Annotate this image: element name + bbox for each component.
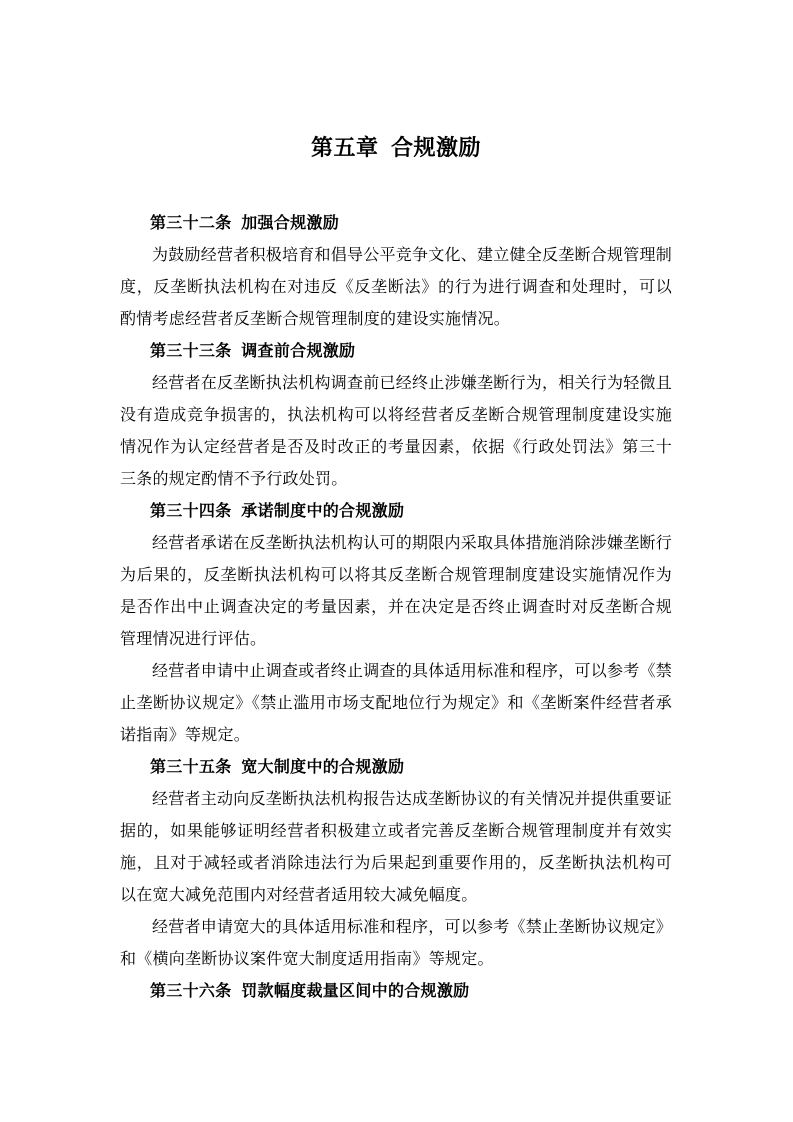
- article-33: 第三十三条 调查前合规激励 经营者在反垄断执法机构调查前已经终止涉嫌垄断行为，相…: [120, 336, 672, 496]
- article-35: 第三十五条 宽大制度中的合规激励 经营者主动向反垄断执法机构报告达成垄断协议的有…: [120, 752, 672, 976]
- chapter-title: 第五章 合规激励: [120, 132, 672, 164]
- article-34-paragraph-2: 经营者申请中止调查或者终止调查的具体适用标准和程序，可以参考《禁止垄断协议规定》…: [120, 656, 672, 752]
- article-35-paragraph-2: 经营者申请宽大的具体适用标准和程序，可以参考《禁止垄断协议规定》和《横向垄断协议…: [120, 912, 672, 976]
- article-33-heading: 第三十三条 调查前合规激励: [120, 336, 672, 368]
- article-35-heading: 第三十五条 宽大制度中的合规激励: [120, 752, 672, 784]
- article-32-paragraph-1: 为鼓励经营者积极培育和倡导公平竞争文化、建立健全反垄断合规管理制度，反垄断执法机…: [120, 240, 672, 336]
- document-page: 第五章 合规激励 第三十二条 加强合规激励 为鼓励经营者积极培育和倡导公平竞争文…: [0, 0, 793, 1122]
- article-33-paragraph-1: 经营者在反垄断执法机构调查前已经终止涉嫌垄断行为，相关行为轻微且没有造成竞争损害…: [120, 368, 672, 496]
- article-34-heading: 第三十四条 承诺制度中的合规激励: [120, 496, 672, 528]
- article-36: 第三十六条 罚款幅度裁量区间中的合规激励: [120, 976, 672, 1008]
- article-32: 第三十二条 加强合规激励 为鼓励经营者积极培育和倡导公平竞争文化、建立健全反垄断…: [120, 208, 672, 336]
- article-32-heading: 第三十二条 加强合规激励: [120, 208, 672, 240]
- article-34-paragraph-1: 经营者承诺在反垄断执法机构认可的期限内采取具体措施消除涉嫌垄断行为后果的，反垄断…: [120, 528, 672, 656]
- article-34: 第三十四条 承诺制度中的合规激励 经营者承诺在反垄断执法机构认可的期限内采取具体…: [120, 496, 672, 752]
- article-35-paragraph-1: 经营者主动向反垄断执法机构报告达成垄断协议的有关情况并提供重要证据的，如果能够证…: [120, 784, 672, 912]
- article-36-heading: 第三十六条 罚款幅度裁量区间中的合规激励: [120, 976, 672, 1008]
